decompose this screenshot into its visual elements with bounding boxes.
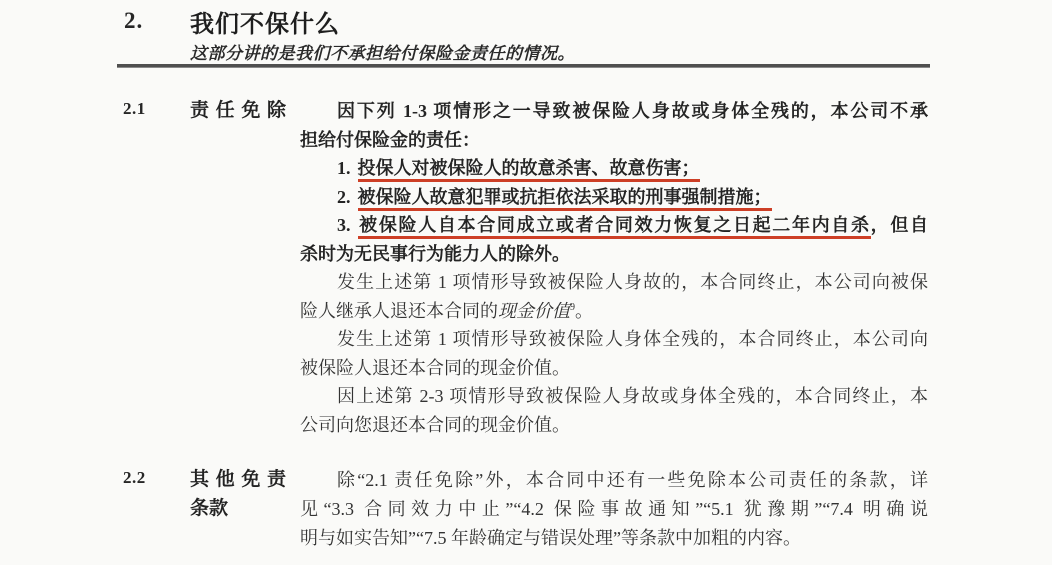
paragraph-text: 。 xyxy=(575,301,593,321)
clause-2-1-label-text: 责任免除 xyxy=(190,96,286,125)
paragraph-text: 险人继承人退还本合同的 xyxy=(300,301,498,321)
exclusion-item-3: 3.被保险人自本合同成立或者合同效力恢复之日起二年内自杀，但自 xyxy=(300,211,928,240)
exclusion-item-2: 2.被保险人故意犯罪或抗拒依法采取的刑事强制措施； xyxy=(300,183,928,212)
clause-line: 发生上述第 1 项情形导致被保险人身故的，本合同终止，本公司向被保 xyxy=(300,268,928,297)
clause-line: 明与如实告知”“7.5 年龄确定与错误处理”等条款中加粗的内容。 xyxy=(300,524,928,553)
clause-2-2-body: 除“2.1 责任免除”外，本合同中还有一些免除本公司责任的条款，详 见“3.3 … xyxy=(300,466,928,553)
item-number: 2. xyxy=(337,187,351,207)
clause-line: 公司向您退还本合同的现金价值。 xyxy=(300,411,928,440)
exclusion-item-3-continuation: 杀时为无民事行为能力人的除外。 xyxy=(300,240,928,269)
clause-2-2-number: 2.2 xyxy=(123,468,146,488)
clause-line: 因上述第 2-3 项情形导致被保险人身故或身体全残的，本合同终止，本 xyxy=(300,382,928,411)
clause-line: 发生上述第 1 项情形导致被保险人身体全残的，本合同终止，本公司向 xyxy=(300,325,928,354)
clause-2-1-body: 因下列 1-3 项情形之一导致被保险人身故或身体全残的，本公司不承 担给付保险金… xyxy=(300,97,928,439)
section-title: 我们不保什么 xyxy=(190,4,340,39)
clause-2-2-label-line2: 条款 xyxy=(190,494,286,523)
cash-value-term: 现金价值 xyxy=(498,301,570,321)
underlined-exclusion-text: 被保险人自本合同成立或者合同效力恢复之日起二年内自杀 xyxy=(358,215,871,239)
item-number: 1. xyxy=(337,158,351,178)
clause-2-1-number: 2.1 xyxy=(123,99,146,119)
clause-line: 险人继承人退还本合同的现金价值9。 xyxy=(300,297,928,326)
document-page: 2. 我们不保什么 这部分讲的是我们不承担给付保险金责任的情况。 2.1 责任免… xyxy=(0,0,1052,565)
clause-line: 除“2.1 责任免除”外，本合同中还有一些免除本公司责任的条款，详 xyxy=(300,466,928,495)
clause-2-2-label: 其他免责 条款 xyxy=(190,465,286,523)
clause-line: 担给付保险金的责任： xyxy=(300,126,928,155)
underlined-exclusion-text: 被保险人故意犯罪或抗拒依法采取的刑事强制措施； xyxy=(358,187,772,211)
clause-line: 见“3.3 合同效力中止”“4.2 保险事故通知”“5.1 犹豫期”“7.4 明… xyxy=(300,495,928,524)
section-subtitle: 这部分讲的是我们不承担给付保险金责任的情况。 xyxy=(190,39,575,64)
clause-2-2-label-line1: 其他免责 xyxy=(190,465,286,494)
item-number: 3. xyxy=(337,215,351,235)
clause-line: 因下列 1-3 项情形之一导致被保险人身故或身体全残的，本公司不承 xyxy=(300,97,928,126)
exclusion-item-1: 1.投保人对被保险人的故意杀害、故意伤害； xyxy=(300,154,928,183)
clause-2-1-label: 责任免除 xyxy=(190,96,286,125)
clause-line: 被保险人退还本合同的现金价值。 xyxy=(300,354,928,383)
header-divider xyxy=(117,64,930,68)
underlined-exclusion-text: 投保人对被保险人的故意杀害、故意伤害； xyxy=(358,158,700,182)
section-number: 2. xyxy=(124,8,143,34)
item-tail: ，但自 xyxy=(871,215,928,235)
